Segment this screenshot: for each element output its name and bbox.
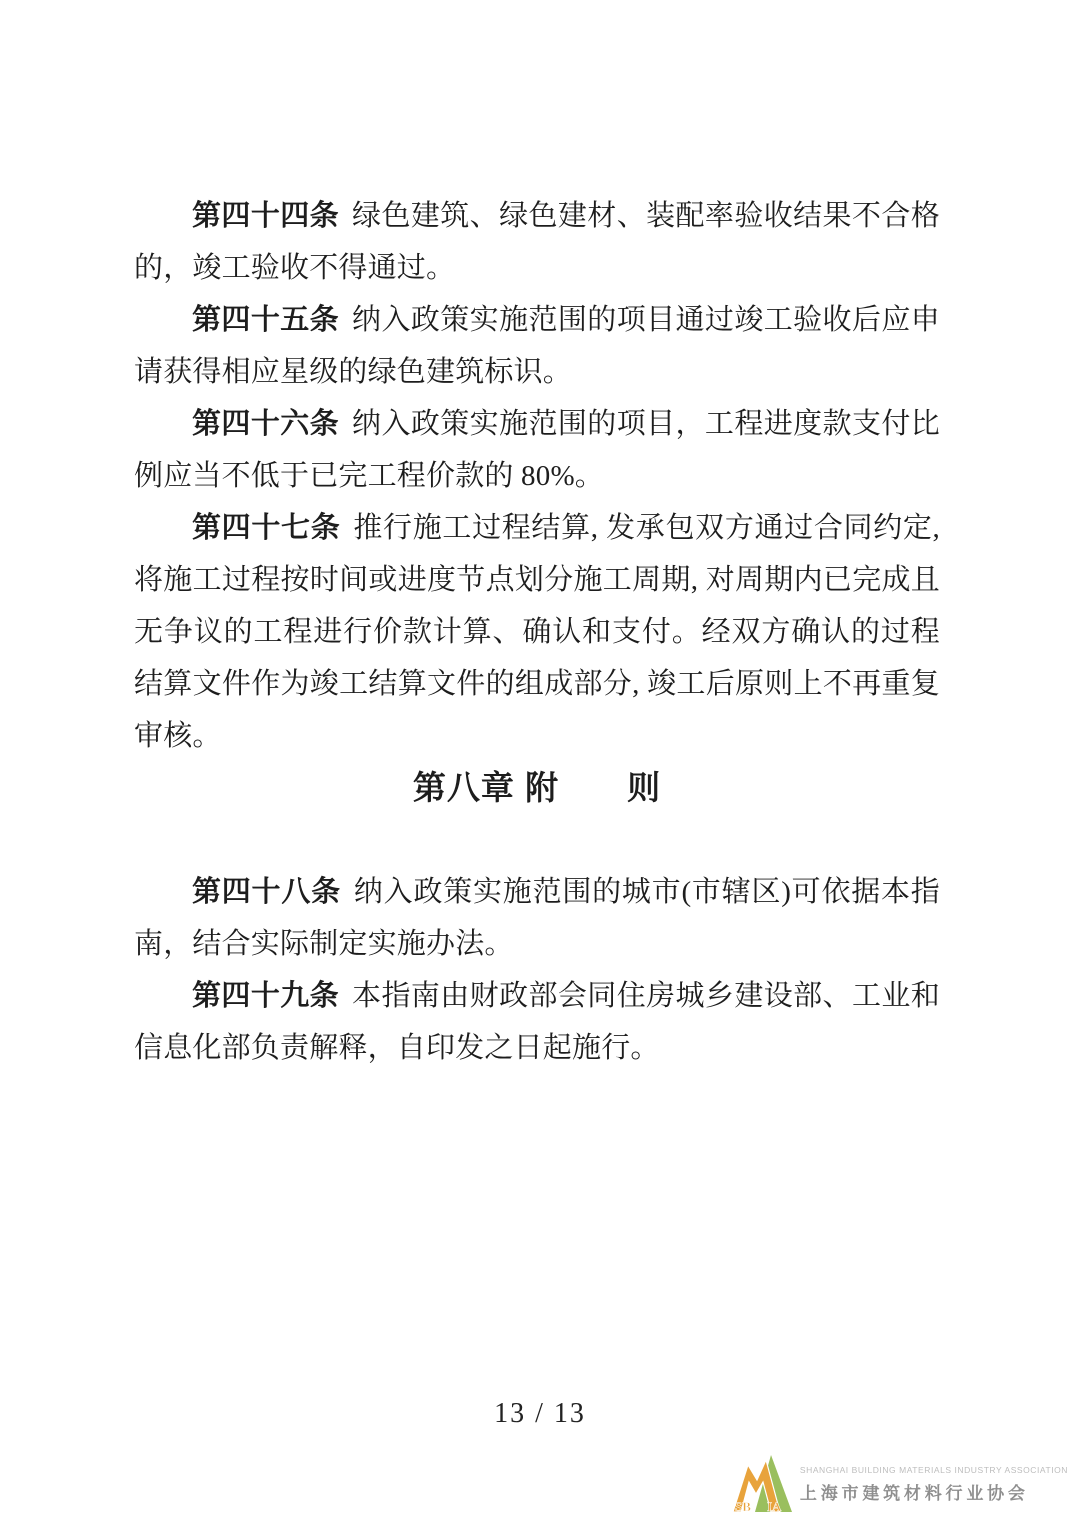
logo-monogram-left: SB <box>735 1499 751 1514</box>
article-number: 第四十四条 <box>192 200 339 232</box>
article-number: 第四十九条 <box>192 980 339 1012</box>
article-paragraph: 第四十五条纳入政策实施范围的项目通过竣工验收后应申请获得相应星级的绿色建筑标识。 <box>134 294 940 398</box>
article-number: 第四十七条 <box>192 512 340 544</box>
logo-text-block: SHANGHAI BUILDING MATERIALS INDUSTRY ASS… <box>800 1465 1068 1504</box>
association-name-english: SHANGHAI BUILDING MATERIALS INDUSTRY ASS… <box>800 1465 1068 1475</box>
page-number: 13 / 13 <box>0 1398 1080 1430</box>
association-name-chinese: 上海市建筑材料行业协会 <box>800 1479 1068 1504</box>
document-body: 第四十四条绿色建筑、绿色建材、装配率验收结果不合格的，竣工验收不得通过。 第四十… <box>134 190 940 1074</box>
article-paragraph: 第四十七条推行施工过程结算, 发承包双方通过合同约定, 将施工过程按时间或进度节… <box>134 502 940 762</box>
chapter-heading: 第八章 附 则 <box>134 762 940 814</box>
article-number: 第四十八条 <box>192 876 341 908</box>
article-paragraph: 第四十九条本指南由财政部会同住房城乡建设部、工业和信息化部负责解释，自印发之日起… <box>134 970 940 1074</box>
article-paragraph: 第四十八条纳入政策实施范围的城市(市辖区)可依据本指南，结合实际制定实施办法。 <box>134 866 940 970</box>
article-number: 第四十六条 <box>192 408 339 440</box>
blank-line <box>134 814 940 866</box>
article-text: 推行施工过程结算, 发承包双方通过合同约定, 将施工过程按时间或进度节点划分施工… <box>134 512 940 752</box>
logo-monogram-right: IA <box>767 1499 782 1514</box>
document-page: 第四十四条绿色建筑、绿色建材、装配率验收结果不合格的，竣工验收不得通过。 第四十… <box>0 0 1080 1527</box>
article-paragraph: 第四十六条纳入政策实施范围的项目，工程进度款支付比例应当不低于已完工程价款的 8… <box>134 398 940 502</box>
article-number: 第四十五条 <box>192 304 339 336</box>
mountain-logo-icon: SB IA <box>731 1452 793 1516</box>
association-logo: SB IA SHANGHAI BUILDING MATERIALS INDUST… <box>731 1452 1068 1516</box>
article-paragraph: 第四十四条绿色建筑、绿色建材、装配率验收结果不合格的，竣工验收不得通过。 <box>134 190 940 294</box>
